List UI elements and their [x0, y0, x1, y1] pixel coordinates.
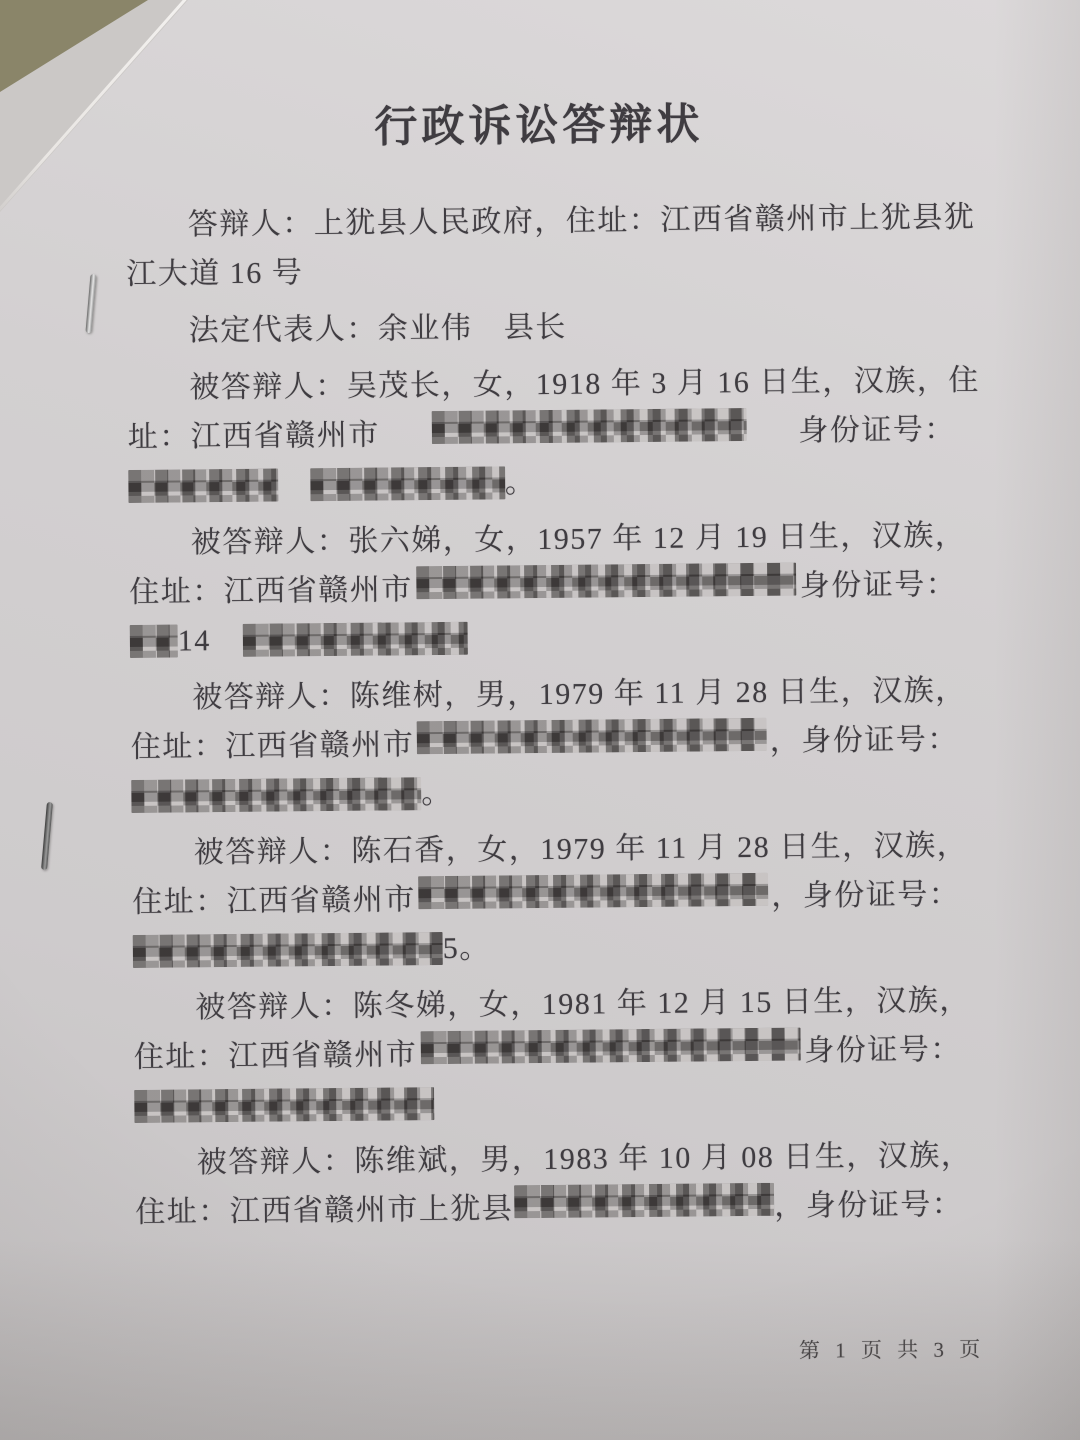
doc-text: ，身份证号：: [771, 870, 960, 921]
doc-line: 被答辩人：陈冬娣，女，1981 年 12 月 15 日生，汉族，: [133, 976, 961, 1033]
doc-text: 住址：江西省赣州市上犹县: [135, 1184, 513, 1237]
doc-line: 住址：江西省赣州市身份证号：: [134, 1025, 962, 1082]
doc-line: 被答辩人：陈石香，女，1979 年 11 月 28 日生，汉族，: [132, 821, 960, 878]
doc-text: 被答辩人：张六娣，女，1957 年 12 月 19 日生，汉族，: [191, 519, 967, 559]
doc-text: 。: [505, 466, 537, 499]
doc-line: [134, 1074, 962, 1131]
doc-line: 14: [130, 609, 958, 666]
doc-text: 被答辩人：陈维斌，男，1983 年 10 月 08 日生，汉族，: [197, 1139, 973, 1179]
doc-line: 址：江西省赣州市身份证号：: [128, 405, 956, 462]
doc-text: 身份证号：: [804, 1025, 962, 1076]
doc-line: 住址：江西省赣州市上犹县，身份证号：: [135, 1180, 963, 1237]
page-number: 第 1 页 共 3 页: [799, 1333, 985, 1364]
doc-text: 住址：江西省赣州市: [132, 875, 416, 927]
doc-line: 答辩人：上犹县人民政府，住址：江西省赣州市上犹县犹: [126, 193, 954, 250]
redacted-text: [131, 777, 421, 813]
doc-text: 址：江西省赣州市: [128, 411, 380, 462]
doc-line: 住址：江西省赣州市，身份证号：: [131, 715, 959, 772]
doc-text: 江大道 16 号: [126, 256, 303, 291]
document-lines: 答辩人：上犹县人民政府，住址：江西省赣州市上犹县犹江大道 16 号法定代表人：余…: [126, 193, 964, 1237]
doc-line: 。: [131, 764, 959, 821]
doc-line: 被答辩人：陈维斌，男，1983 年 10 月 08 日生，汉族，: [135, 1131, 963, 1188]
doc-text: 。: [421, 777, 453, 810]
doc-line: 江大道 16 号: [126, 242, 954, 299]
doc-text: 被答辩人：吴茂长，女，1918 年 3 月 16 日生，汉族，住: [189, 364, 980, 405]
redacted-text: [134, 1087, 434, 1123]
doc-text: 14: [178, 624, 211, 657]
doc-line: 住址：江西省赣州市身份证号：: [129, 560, 957, 617]
redacted-text: [310, 466, 505, 501]
redacted-text: [242, 622, 467, 657]
doc-text: 被答辩人：陈石香，女，1979 年 11 月 28 日生，汉族，: [194, 829, 969, 869]
doc-line: 被答辩人：吴茂长，女，1918 年 3 月 16 日生，汉族，住: [127, 356, 955, 413]
redacted-text: [416, 563, 796, 600]
redacted-text: [130, 625, 178, 658]
doc-line: 法定代表人：余业伟 县长: [127, 299, 955, 356]
document-content: 行政诉讼答辩状 答辩人：上犹县人民政府，住址：江西省赣州市上犹县犹江大道 16 …: [125, 88, 964, 1237]
redacted-text: [417, 718, 767, 754]
redacted-text: [514, 1183, 774, 1218]
redacted-text: [431, 408, 746, 444]
redacted-text: [128, 469, 278, 503]
redacted-text: [421, 1028, 801, 1065]
doc-text: 答辩人：上犹县人民政府，住址：江西省赣州市上犹县犹: [188, 201, 976, 242]
doc-text: 被答辩人：陈冬娣，女，1981 年 12 月 15 日生，汉族，: [195, 984, 971, 1024]
doc-line: 被答辩人：张六娣，女，1957 年 12 月 19 日生，汉族，: [129, 511, 957, 568]
doc-text: ，身份证号：: [770, 715, 959, 766]
doc-title: 行政诉讼答辩状: [125, 88, 954, 157]
doc-text: 住址：江西省赣州市: [131, 720, 415, 772]
doc-text: [278, 468, 310, 501]
doc-text: [211, 624, 243, 657]
doc-text: 住址：江西省赣州市: [129, 565, 413, 617]
doc-text: ，身份证号：: [774, 1180, 963, 1231]
redacted-text: [133, 932, 443, 968]
redacted-text: [418, 873, 768, 909]
doc-line: 被答辩人：陈维树，男，1979 年 11 月 28 日生，汉族，: [130, 666, 958, 723]
doc-text: 法定代表人：余业伟 县长: [189, 311, 567, 348]
doc-line: 住址：江西省赣州市，身份证号：: [132, 870, 960, 927]
doc-line: 。: [128, 454, 956, 511]
doc-text: 身份证号：: [800, 560, 958, 611]
doc-text: 5。: [443, 932, 491, 965]
doc-text: 被答辩人：陈维树，男，1979 年 11 月 28 日生，汉族，: [192, 674, 967, 714]
doc-text: 身份证号：: [798, 405, 956, 456]
doc-text: 住址：江西省赣州市: [134, 1030, 418, 1082]
doc-line: 5。: [133, 919, 961, 976]
